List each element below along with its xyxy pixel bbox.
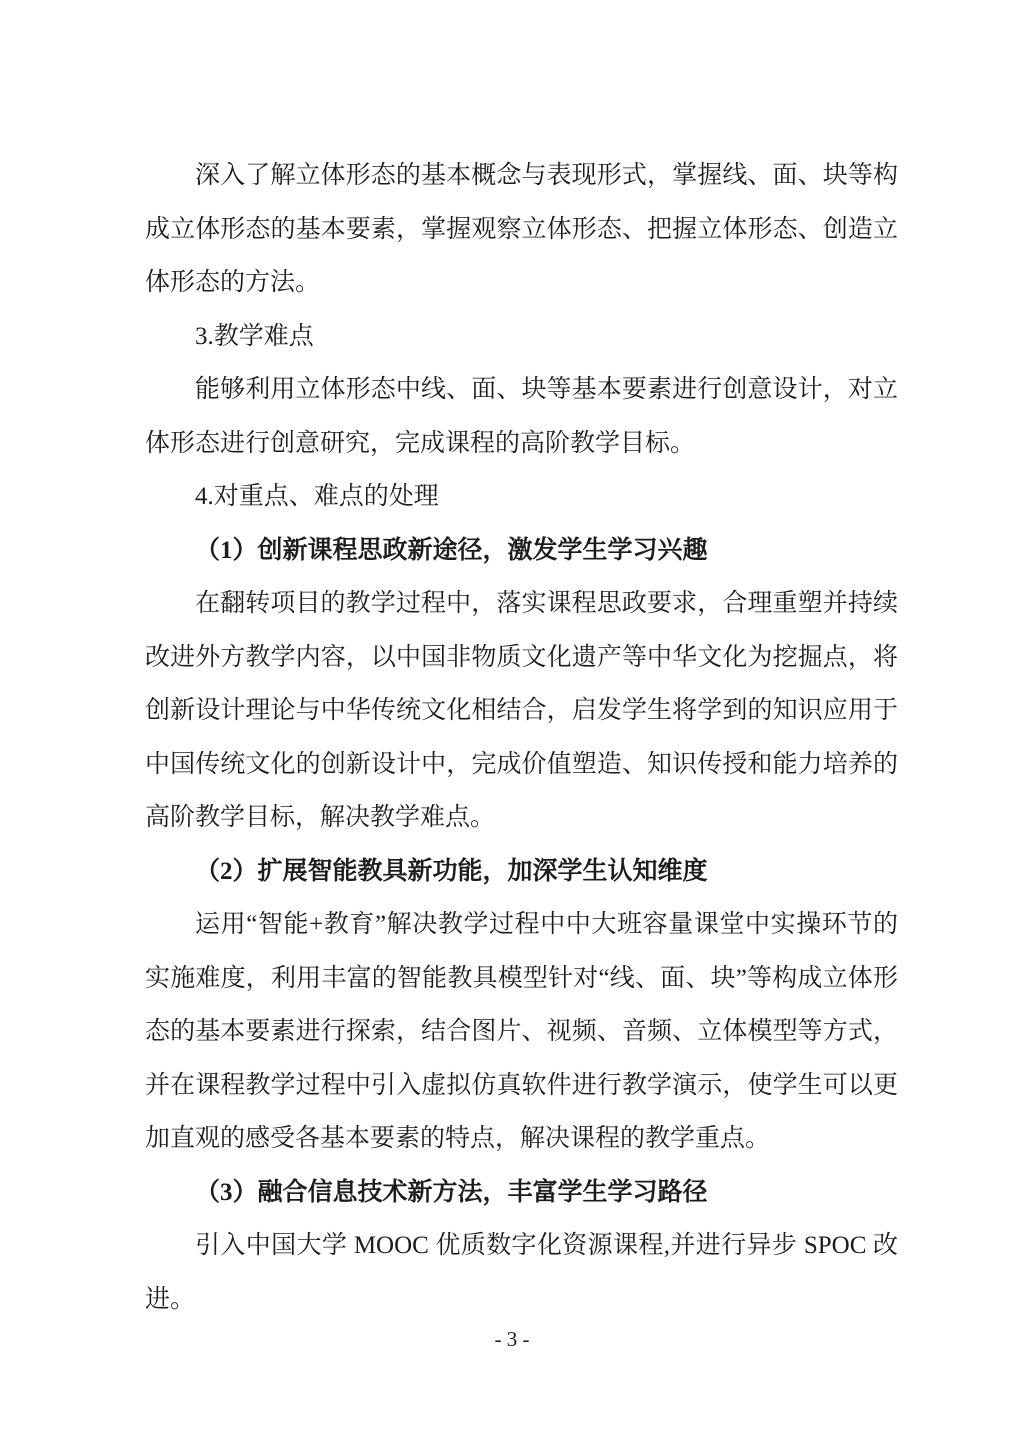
paragraph: 深入了解立体形态的基本概念与表现形式，掌握线、面、块等构成立体形态的基本要素，掌… [145, 149, 898, 310]
paragraph: 3.教学难点 [145, 310, 898, 364]
page-number: - 3 - [0, 1326, 1024, 1352]
section-heading: （2）扩展智能教具新功能，加深学生认知维度 [145, 845, 898, 899]
page-body: 深入了解立体形态的基本概念与表现形式，掌握线、面、块等构成立体形态的基本要素，掌… [145, 149, 898, 1326]
document-page: 深入了解立体形态的基本概念与表现形式，掌握线、面、块等构成立体形态的基本要素，掌… [0, 0, 1024, 1449]
paragraph: 在翻转项目的教学过程中，落实课程思政要求，合理重塑并持续改进外方教学内容，以中国… [145, 577, 898, 845]
paragraph: 4.对重点、难点的处理 [145, 470, 898, 524]
section-heading: （3）融合信息技术新方法，丰富学生学习路径 [145, 1166, 898, 1220]
paragraph: 能够利用立体形态中线、面、块等基本要素进行创意设计，对立体形态进行创意研究，完成… [145, 363, 898, 470]
paragraph: 引入中国大学 MOOC 优质数字化资源课程,并进行异步 SPOC 改进。 [145, 1219, 898, 1326]
section-heading: （1）创新课程思政新途径，激发学生学习兴趣 [145, 524, 898, 578]
paragraph: 运用“智能+教育”解决教学过程中中大班容量课堂中实操环节的实施难度，利用丰富的智… [145, 898, 898, 1166]
